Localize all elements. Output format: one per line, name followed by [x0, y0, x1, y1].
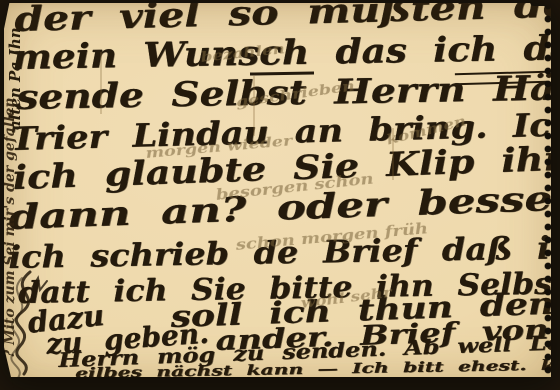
scan-edge-bottom	[0, 377, 560, 390]
ink-flourish	[0, 268, 60, 384]
paper-crease	[392, 128, 394, 180]
scan-edge-left	[0, 0, 4, 390]
scan-corner-top-right	[530, 0, 560, 6]
postcard-scan: der viel so müßten doch mein Wunsch das …	[0, 0, 560, 390]
paper-crease	[253, 76, 255, 136]
scan-edge-right	[551, 0, 560, 390]
scan-edge-top	[0, 0, 560, 3]
double-underline-mark	[455, 71, 547, 85]
paper-crease	[100, 52, 102, 114]
